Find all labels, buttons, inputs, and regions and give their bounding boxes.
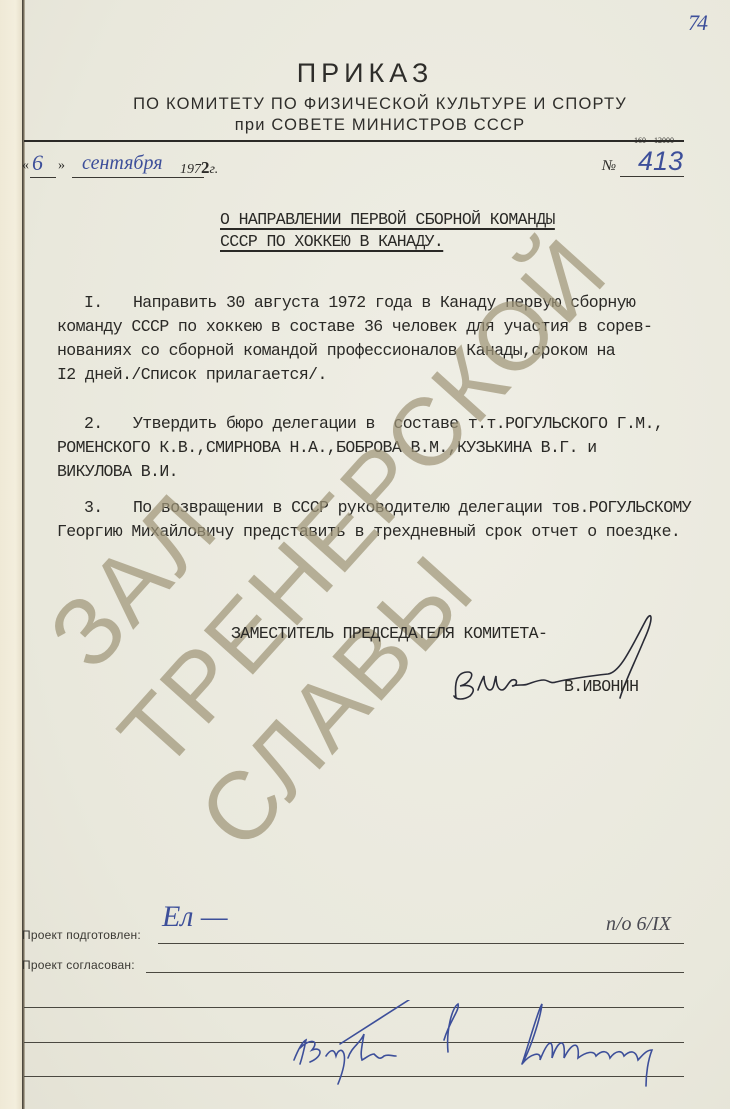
paragraph-1-line-3: нованиях со сборной командой профессиона… <box>57 341 615 360</box>
prepared-label: Проект подготовлен: <box>22 928 141 942</box>
paragraph-3-number: 3. <box>84 498 103 517</box>
paragraph-3-line-2: Георгию Михайловичу представить в трехдн… <box>57 522 680 541</box>
date-close-quote: » <box>58 158 65 174</box>
paragraph-2-line-1: Утвердить бюро делегации в составе т.т.Р… <box>133 414 663 433</box>
issuer-line-2: при СОВЕТЕ МИНИСТРОВ СССР <box>30 116 730 135</box>
date-year: 1972г. <box>180 158 218 178</box>
year-suffix: 2 <box>201 158 210 177</box>
prepared-line <box>158 943 684 944</box>
agreed-line-1 <box>146 972 684 973</box>
binding-strip <box>0 0 22 1109</box>
paragraph-1-line-4: I2 дней./Список прилагается/. <box>57 365 327 384</box>
date-open-quote: « <box>22 158 29 174</box>
order-number: № 413 <box>598 148 688 180</box>
date-day: 6 <box>32 150 43 176</box>
number-sign: № <box>602 158 616 175</box>
archive-page-number: 74 <box>688 10 706 36</box>
number-underline <box>620 176 684 177</box>
day-underline <box>30 177 56 178</box>
date-month: сентября <box>82 152 163 175</box>
form-code: 160—12000 <box>634 136 674 145</box>
prepared-initials: Ел — <box>162 900 228 934</box>
issuer-line-1: ПО КОМИТЕТУ ПО ФИЗИЧЕСКОЙ КУЛЬТУРЕ И СПО… <box>30 95 730 114</box>
approval-signatures <box>290 1000 690 1090</box>
year-unit: г. <box>210 162 219 177</box>
agreed-label: Проект согласован: <box>22 958 135 972</box>
year-prefix: 197 <box>180 162 201 177</box>
document-title: ПРИКАЗ <box>0 58 730 89</box>
prepared-note: п/о 6/IX <box>606 913 671 936</box>
order-date: « 6 » сентября 1972г. <box>22 150 322 180</box>
paragraph-3-line-1: По возвращении в СССР руководителю делег… <box>133 498 691 517</box>
order-number-value: 413 <box>638 146 683 177</box>
signatory-name: В.ИВОНИН <box>564 677 638 696</box>
paragraph-1-number: I. <box>84 293 103 312</box>
paragraph-1-line-2: команду СССР по хоккею в составе 36 чело… <box>57 317 652 336</box>
subject-line-1: О НАПРАВЛЕНИИ ПЕРВОЙ СБОРНОЙ КОМАНДЫ <box>220 210 555 229</box>
paragraph-1-line-1: Направить 30 августа 1972 года в Канаду … <box>133 293 635 312</box>
subject-line-2: СССР ПО ХОККЕЮ В КАНАДУ. <box>220 232 443 251</box>
paragraph-2-line-2: РОМЕНСКОГО К.В.,СМИРНОВА Н.А.,БОБРОВА В.… <box>57 438 597 457</box>
paragraph-2-line-3: ВИКУЛОВА В.И. <box>57 462 178 481</box>
paragraph-2-number: 2. <box>84 414 103 433</box>
header-rule <box>24 140 684 142</box>
signature-ivonin <box>448 610 678 705</box>
